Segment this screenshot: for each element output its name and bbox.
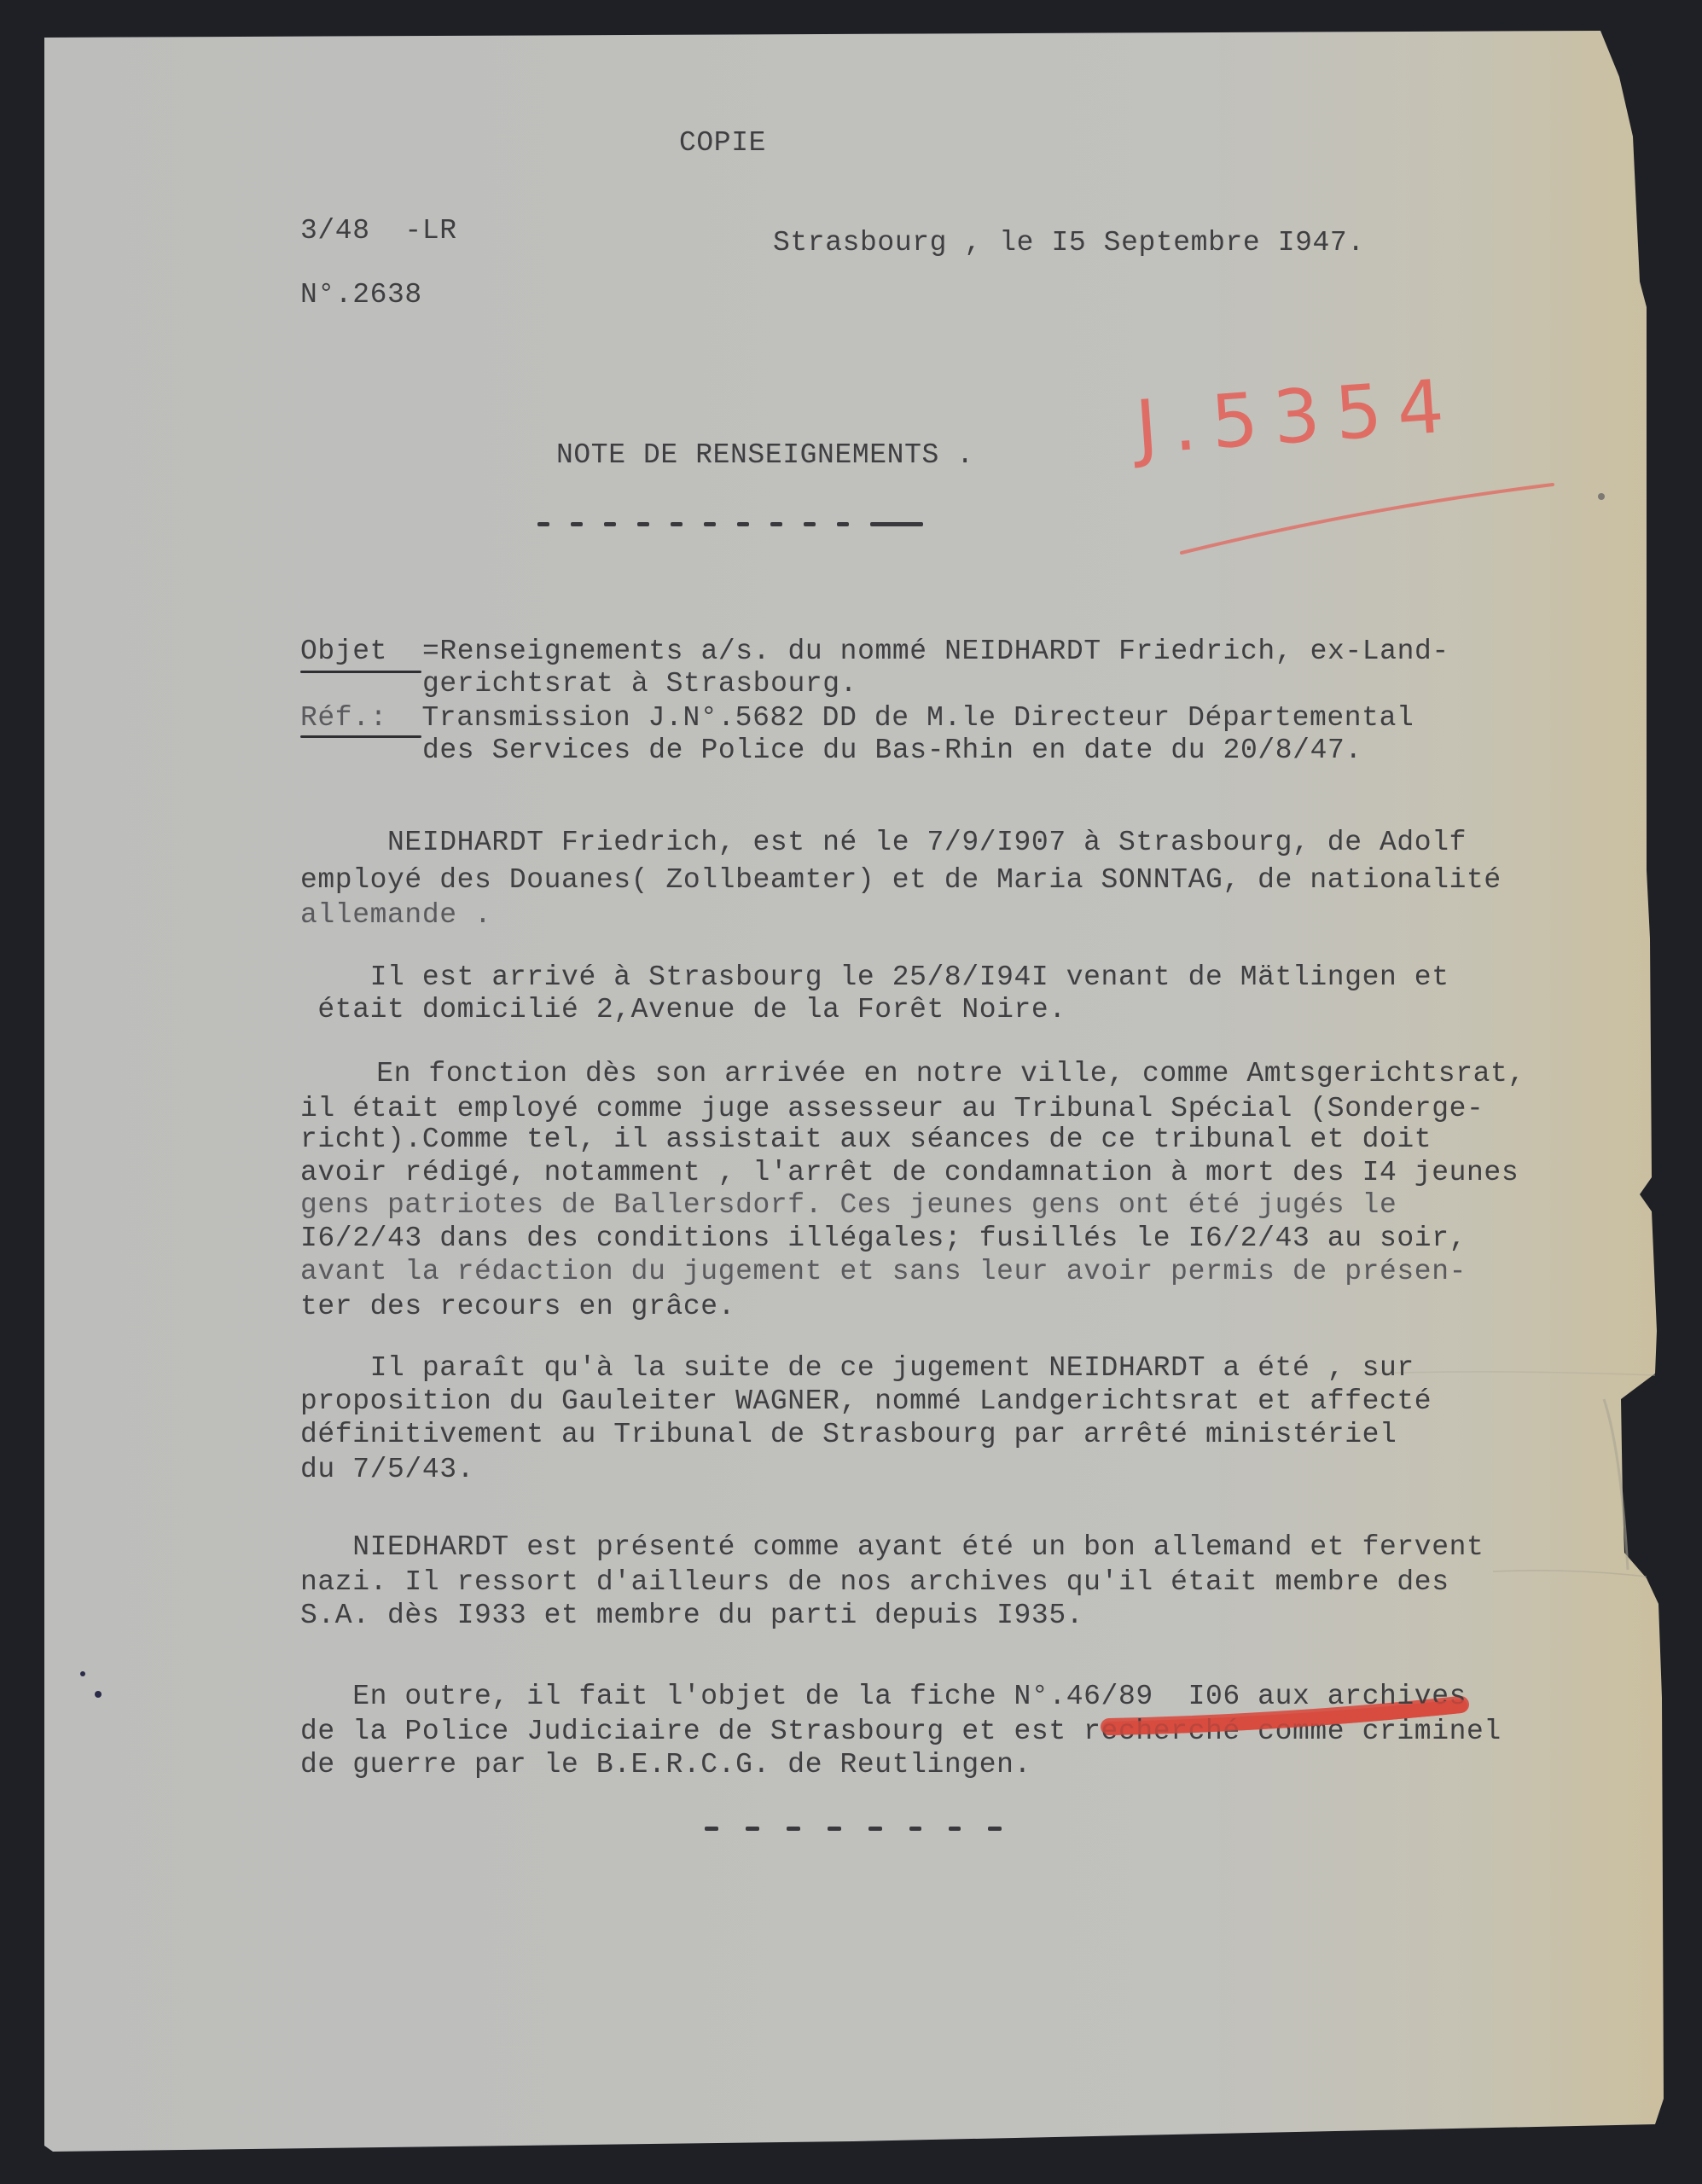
objet-label: Objet bbox=[300, 637, 387, 665]
p3-line-1: En fonction dès son arrivée en notre vil… bbox=[324, 1060, 1525, 1088]
p5-line-2: nazi. Il ressort d'ailleurs de nos archi… bbox=[300, 1568, 1449, 1596]
p4-line-4: du 7/5/43. bbox=[300, 1455, 474, 1484]
closing-rule bbox=[705, 1827, 1002, 1831]
ref-line-1: Transmission J.N°.5682 DD de M.le Direct… bbox=[404, 704, 1414, 732]
p1-line-3: allemande . bbox=[300, 901, 491, 929]
document-title: NOTE DE RENSEIGNEMENTS . bbox=[556, 441, 974, 469]
p1-line-2: employé des Douanes( Zollbeamter) et de … bbox=[300, 866, 1502, 894]
objet-line-1: =Renseignements a/s. du nommé NEIDHARDT … bbox=[422, 637, 1449, 665]
p5-line-3: S.A. dès I933 et membre du parti depuis … bbox=[300, 1601, 1083, 1629]
p3-line-5: gens patriotes de Ballersdorf. Ces jeune… bbox=[300, 1191, 1397, 1219]
p3-line-2: il était employé comme juge assesseur au… bbox=[300, 1095, 1484, 1123]
p6-line-1: En outre, il fait l'objet de la fiche N°… bbox=[300, 1682, 1467, 1711]
place-date: Strasbourg , le I5 Septembre I947. bbox=[773, 229, 1365, 257]
ref-label: Réf.: bbox=[300, 704, 387, 732]
p3-line-4: avoir rédigé, notamment , l'arrêt de con… bbox=[300, 1159, 1519, 1187]
ref-line-2: des Services de Police du Bas-Rhin en da… bbox=[422, 736, 1362, 764]
document-page: COPIE 3/48 -LR Strasbourg , le I5 Septem… bbox=[0, 0, 1702, 2184]
ref-underline bbox=[300, 735, 421, 738]
p3-line-3: richt).Comme tel, il assistait aux séanc… bbox=[300, 1125, 1432, 1153]
p3-line-7: avant la rédaction du jugement et sans l… bbox=[300, 1258, 1467, 1286]
p3-line-8: ter des recours en grâce. bbox=[300, 1292, 735, 1321]
p4-line-3: définitivement au Tribunal de Strasbourg… bbox=[300, 1420, 1397, 1449]
p5-line-1: NIEDHARDT est présenté comme ayant été u… bbox=[300, 1533, 1484, 1561]
objet-line-2: gerichtsrat à Strasbourg. bbox=[422, 670, 857, 698]
p2-line-1: Il est arrivé à Strasbourg le 25/8/I94I … bbox=[300, 963, 1449, 991]
objet-underline bbox=[300, 671, 421, 673]
p3-line-6: I6/2/43 dans des conditions illégales; f… bbox=[300, 1224, 1467, 1252]
paper-sheet bbox=[0, 0, 1702, 2184]
title-rule bbox=[537, 522, 923, 526]
p1-line-1: NEIDHARDT Friedrich, est né le 7/9/I907 … bbox=[300, 828, 1467, 857]
file-reference: 3/48 -LR bbox=[300, 217, 457, 245]
copy-label: COPIE bbox=[679, 129, 766, 157]
p4-line-1: Il paraît qu'à la suite de ce jugement N… bbox=[300, 1354, 1414, 1382]
p6-line-3: de guerre par le B.E.R.C.G. de Reutlinge… bbox=[300, 1751, 1031, 1779]
document-number: N°.2638 bbox=[300, 281, 422, 309]
p2-line-2: était domicilié 2,Avenue de la Forêt Noi… bbox=[300, 996, 1066, 1024]
p4-line-2: proposition du Gauleiter WAGNER, nommé L… bbox=[300, 1387, 1432, 1415]
p6-line-2: de la Police Judiciaire de Strasbourg et… bbox=[300, 1717, 1502, 1745]
